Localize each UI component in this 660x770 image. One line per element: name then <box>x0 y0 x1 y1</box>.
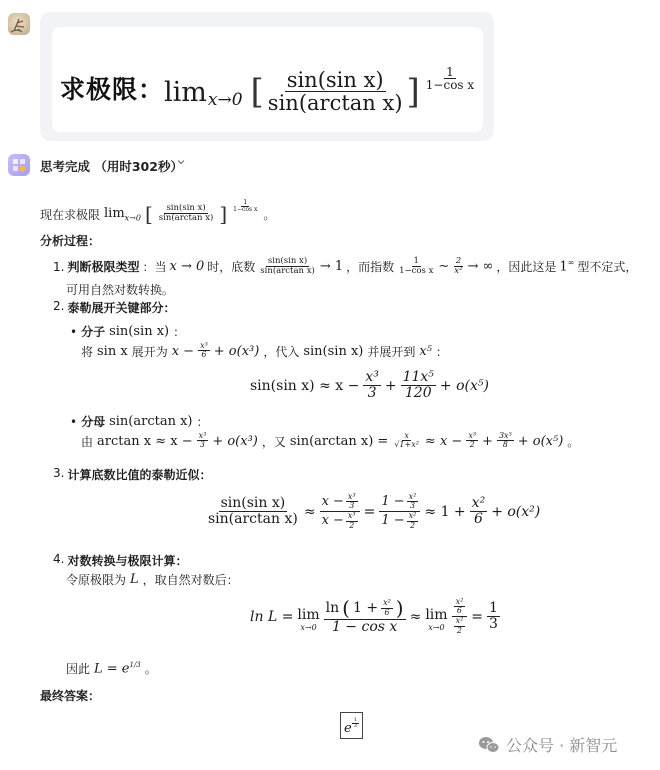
assistant-avatar <box>8 154 30 176</box>
base: 1 <box>559 260 567 275</box>
conclusion-line: 因此 L = e1/3 。 <box>66 660 157 677</box>
math: + <box>385 378 397 394</box>
denominator: sin(arctan x) <box>157 214 216 223</box>
colon: ： <box>197 413 209 430</box>
text: ：当 <box>142 258 166 275</box>
math: L = e <box>94 661 129 676</box>
text: ，取自然对数后： <box>143 571 239 588</box>
denominator: 3 <box>487 617 500 632</box>
watermark: 公众号 · 新智元 <box>478 733 617 756</box>
thinking-status-toggle[interactable]: 思考完成 （用时302秒） <box>40 157 183 175</box>
math: x − <box>172 344 194 359</box>
text: 由 <box>81 433 93 450</box>
intro-fraction: sin(sin x) sin(arctan x) <box>157 204 216 223</box>
text: 将 <box>81 343 93 360</box>
text: ln <box>326 601 340 616</box>
left-bracket: [ <box>251 72 264 112</box>
step-number: 2. <box>53 299 64 316</box>
text: ，代入 <box>263 343 299 360</box>
math: + o(x²) <box>491 504 540 520</box>
fraction: sin(sin x) sin(arctan x) <box>206 496 300 527</box>
bullet-dot: • <box>70 325 77 339</box>
question-fraction: sin(sin x) sin(arctan x) <box>266 69 405 115</box>
denominator: 3 <box>347 502 356 511</box>
sup: ∞ <box>568 258 575 267</box>
step-4: 4. 对数转换与极限计算： <box>53 552 187 569</box>
lim-text: lim <box>425 607 447 623</box>
denominator: 1−cos x <box>397 267 435 276</box>
fraction: x √1+x² <box>392 432 421 450</box>
fraction: 11x⁵ 120 <box>401 370 436 401</box>
math: ∼ <box>438 259 449 274</box>
math: sin(sin x) <box>109 324 169 339</box>
assistant-logo-icon <box>12 158 26 172</box>
question-formula: lim x→0 [ sin(sin x) sin(arctan x) ] 1 1… <box>164 69 476 115</box>
left-bracket: [ <box>145 202 153 226</box>
denominator: 1 − cos x <box>330 620 399 635</box>
exponent-denominator: 1−cos x <box>424 79 476 92</box>
step-title: 泰勒展开关键部分： <box>67 299 175 316</box>
denominator: 2 <box>347 522 356 531</box>
denominator: x² <box>452 267 464 276</box>
intro-exponent: 1 1−cos x <box>231 200 259 214</box>
step-title: 判断极限类型 <box>67 258 139 275</box>
fraction: ln(1 +x²6) 1 − cos x <box>324 598 406 635</box>
text: ，又 <box>262 433 286 450</box>
step-4-line: 令原极限为 L ，取自然对数后： <box>66 571 239 588</box>
numerator-expansion-display: sin(sin x) ≈ x − x³ 3 + 11x⁵ 120 + o(x⁵) <box>250 370 489 401</box>
text: 展开为 <box>132 343 168 360</box>
math: L <box>130 572 139 587</box>
avatar-image-icon <box>8 13 30 35</box>
user-avatar <box>8 13 30 35</box>
text: ： <box>436 343 448 360</box>
step-number: 3. <box>53 466 64 483</box>
intro-text: 现在求极限 <box>40 206 100 223</box>
step-title: 对数转换与极限计算： <box>67 552 187 569</box>
fraction: x −x³3 x −x³2 <box>320 493 360 530</box>
math: ln L = <box>250 609 293 625</box>
text: 1 + <box>353 601 378 616</box>
question-exponent: 1 1−cos x <box>424 66 476 93</box>
math: arctan x ≈ x − <box>97 434 193 449</box>
step-3: 3. 计算底数比值的泰勒近似： <box>53 466 211 483</box>
denominator: 3 <box>198 441 207 450</box>
numerator: x³ <box>363 370 381 386</box>
numerator: sin(sin x) <box>219 496 288 512</box>
math: ≈ 1 + <box>424 504 465 520</box>
bullet-title: 分子 <box>81 323 105 340</box>
denominator: sin(arctan x) <box>206 512 300 527</box>
math: ≈ <box>304 504 316 520</box>
text: 并展开到 <box>367 343 415 360</box>
fraction: 3x⁵ 8 <box>497 432 514 450</box>
lim-subscript: x→0 <box>428 623 444 632</box>
right-bracket: ] <box>219 202 227 226</box>
denominator: 120 <box>403 386 434 401</box>
text: 1 − <box>381 495 404 509</box>
lim-operator: limx→0 <box>425 607 447 632</box>
denominator: 3 <box>352 724 359 730</box>
numerator: x² <box>470 496 488 512</box>
intro-line: 现在求极限 limx→0 [ sin(sin x) sin(arctan x) … <box>40 202 275 226</box>
ratio-approx-display: sin(sin x) sin(arctan x) ≈ x −x³3 x −x³2… <box>206 493 540 530</box>
lim-text: lim <box>297 607 319 623</box>
math: 1∞ <box>559 258 574 274</box>
math: x → 0 <box>169 259 204 274</box>
math: sin(sin x) <box>303 344 363 359</box>
math: → 1 <box>320 259 343 274</box>
text: 因此 <box>66 660 90 677</box>
math: ≈ x − <box>425 434 462 449</box>
text: 。 <box>567 433 579 450</box>
text: 1 − <box>381 514 404 528</box>
result-fraction: 1 3 <box>487 601 500 632</box>
text: 令原极限为 <box>66 571 126 588</box>
question-label: 求极限： <box>60 70 164 106</box>
fraction: x³ 6 <box>198 342 210 360</box>
final-exponent: 1 3 <box>352 718 359 730</box>
bullet-denominator: • 分母 sin(arctan x) ： <box>70 413 209 430</box>
log-limit-display: ln L = limx→0 ln(1 +x²6) 1 − cos x ≈ lim… <box>250 598 500 635</box>
math: sin(sin x) ≈ x − <box>250 378 359 394</box>
fraction: x³ 2 <box>466 432 478 450</box>
lim-operator: limx→0 <box>297 607 319 632</box>
step-title: 计算底数比值的泰勒近似： <box>67 466 211 483</box>
denominator: √1+x² <box>392 441 421 450</box>
step-1-line-2: 可用自然对数转换。 <box>66 281 174 298</box>
numerator: 11x⁵ <box>401 370 436 386</box>
sup: 1/3 <box>130 661 141 669</box>
step-number: 1. <box>53 260 64 274</box>
lim-subscript: x→0 <box>208 90 243 110</box>
text: ，因此这是 <box>496 258 556 275</box>
final-base: e <box>344 721 352 736</box>
text: ，而指数 <box>346 258 394 275</box>
denominator: sin(arctan x) <box>258 267 317 276</box>
two-over-x2: 2 x² <box>452 257 464 276</box>
final-answer-box: e 1 3 <box>340 712 363 739</box>
bullet-denominator-line: 由 arctan x ≈ x − x³ 3 + o(x³) ，又 sin(arc… <box>81 432 579 450</box>
right-bracket: ] <box>407 72 420 112</box>
math: x⁵ <box>419 344 432 359</box>
denominator: 3 <box>366 386 379 401</box>
math: + <box>482 434 493 449</box>
math: → ∞ <box>468 259 494 274</box>
math: ≈ <box>410 609 422 625</box>
denominator: sin(arctan x) <box>266 92 405 115</box>
text: 型不定式， <box>577 258 637 275</box>
math: = <box>471 609 483 625</box>
exponent-fraction: 1 1−cos x <box>397 257 435 276</box>
step-2: 2. 泰勒展开关键部分： <box>53 299 175 316</box>
math: = <box>364 504 376 520</box>
denominator: 2 <box>408 522 417 531</box>
period: 。 <box>263 206 275 223</box>
chevron-down-icon[interactable] <box>176 157 186 170</box>
math: sin x <box>97 344 128 359</box>
step-1: 1. 判断极限类型 ：当 x → 0 时，底数 sin(sin x) sin(a… <box>53 257 637 276</box>
watermark-text: 公众号 · 新智元 <box>506 733 617 756</box>
bullet-dot: • <box>70 415 77 429</box>
math: sin(arctan x) = <box>290 434 388 449</box>
denominator: 8 <box>501 441 510 450</box>
text: 时，底数 <box>207 258 255 275</box>
base-fraction: sin(sin x) sin(arctan x) <box>258 257 317 276</box>
denominator: 6 <box>199 351 208 360</box>
exponent-numerator: 1 <box>444 66 456 80</box>
bullet-title: 分母 <box>81 413 105 430</box>
math: + o(x⁵) <box>518 434 564 449</box>
lim-text: lim <box>164 77 207 108</box>
numerator: 1 <box>487 601 500 617</box>
math: + o(x³) <box>214 344 260 359</box>
wechat-icon <box>478 736 500 754</box>
lim-subscript: x→0 <box>300 623 316 632</box>
fraction: x³ 3 <box>363 370 381 401</box>
text: 。 <box>145 660 157 677</box>
numerator: sin(sin x) <box>285 69 386 92</box>
exponent-denominator: 1−cos x <box>231 207 259 214</box>
denominator: 6 <box>455 607 464 616</box>
math: sin(arctan x) <box>109 414 192 429</box>
math: + o(x³) <box>212 434 258 449</box>
denominator: 3 <box>408 502 417 511</box>
denominator: 6 <box>472 512 485 527</box>
text: x − <box>322 495 344 509</box>
denominator: 6 <box>382 609 391 618</box>
analysis-heading: 分析过程： <box>40 232 100 249</box>
colon: ： <box>173 323 185 340</box>
math: + o(x⁵) <box>440 378 489 394</box>
denominator: 2 <box>455 627 464 636</box>
fraction: 1 −x²3 1 −x²2 <box>379 493 420 530</box>
intro-lim: limx→0 <box>104 206 141 223</box>
bullet-numerator-line: 将 sin x 展开为 x − x³ 6 + o(x³) ，代入 sin(sin… <box>81 342 448 360</box>
fraction: x³ 3 <box>197 432 209 450</box>
step-number: 4. <box>53 552 64 569</box>
fraction: x² 6 <box>470 496 488 527</box>
denominator: 2 <box>468 441 477 450</box>
text: x − <box>322 514 344 528</box>
fraction: x²6 x²2 <box>452 598 468 635</box>
final-answer-heading: 最终答案： <box>40 687 100 704</box>
bullet-numerator: • 分子 sin(sin x) ： <box>70 323 185 340</box>
